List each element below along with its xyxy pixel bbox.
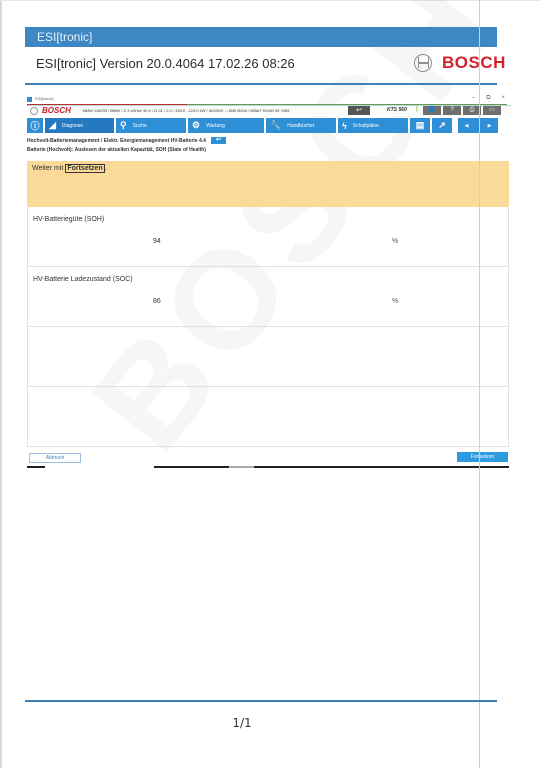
result-row-empty bbox=[28, 327, 508, 387]
page-subtitle: Batterie (Hochvolt): Auslesen der aktuel… bbox=[27, 147, 511, 157]
breadcrumb: Hochvolt-Batteriemanagement / Elektr. En… bbox=[27, 136, 511, 145]
instruction-suffix: . bbox=[105, 165, 107, 172]
horizontal-scrollbar[interactable] bbox=[154, 466, 509, 468]
document-title-bar: ESI[tronic] bbox=[25, 27, 497, 47]
document-title: ESI[tronic] bbox=[37, 30, 92, 44]
result-label: HV-Batteriegüte (SOH) bbox=[33, 216, 104, 223]
minimize-button[interactable]: – bbox=[472, 95, 475, 102]
page-number: 1/1 bbox=[0, 716, 484, 730]
nav-suche[interactable]: ⚲Suche bbox=[116, 118, 186, 133]
breadcrumb-back-button[interactable]: ↩ bbox=[211, 137, 226, 144]
gears-icon: ⚙ bbox=[192, 120, 200, 131]
bosch-logo: BOSCH bbox=[414, 53, 506, 73]
notes-button[interactable]: ▤ bbox=[410, 118, 430, 133]
bosch-armature-icon bbox=[414, 54, 432, 72]
window-title: ESI[tronic] bbox=[35, 96, 53, 101]
return-button[interactable]: ↩ bbox=[348, 106, 370, 115]
nav-info[interactable]: ⓘ bbox=[27, 118, 43, 133]
result-value: 86 bbox=[153, 298, 161, 305]
nav-handbuecher[interactable]: 🔧Handbücher bbox=[266, 118, 336, 133]
instruction-prefix: Weiter mit bbox=[32, 165, 65, 172]
scan-artifact-line bbox=[479, 0, 480, 768]
return-arrow-icon: ↩ bbox=[356, 107, 362, 114]
bluetooth-icon: ᛒ bbox=[415, 106, 419, 113]
user-icon: 👤 bbox=[428, 107, 435, 113]
footer-divider bbox=[25, 700, 497, 702]
result-row: HV-Batterie Ladezustand (SOC) 86 % bbox=[28, 267, 508, 327]
diagnose-icon: ◢ bbox=[49, 120, 56, 131]
lightning-icon: ϟ bbox=[342, 121, 347, 131]
nav-label: Wartung bbox=[206, 123, 225, 129]
wrench-icon: 🔧 bbox=[270, 120, 281, 131]
printer-icon: ⎙ bbox=[470, 107, 475, 113]
help-button[interactable]: ? bbox=[443, 106, 461, 115]
external-link-icon: ↗ bbox=[438, 120, 446, 131]
instruction-button-ref: Fortsetzen bbox=[65, 164, 104, 173]
toolbar-icons: 👤 ? ⎙ ▭ bbox=[423, 106, 501, 115]
vehicle-bar: BOSCH BMW 116535 / BMW / X 3 xDrive 30 e… bbox=[27, 105, 511, 116]
result-row-empty bbox=[28, 387, 508, 447]
nav-schaltplaene[interactable]: ϟSchaltpläne bbox=[338, 118, 408, 133]
return-arrow-icon: ↩ bbox=[216, 137, 221, 143]
help-icon: ? bbox=[450, 107, 453, 113]
nav-diagnose[interactable]: ◢Diagnose bbox=[45, 118, 114, 133]
page-edge-top bbox=[0, 0, 541, 1]
nav-label: Handbücher bbox=[287, 123, 314, 129]
app-icon bbox=[27, 97, 32, 102]
notebook-icon: ▤ bbox=[416, 120, 425, 131]
nav-wartung[interactable]: ⚙Wartung bbox=[188, 118, 264, 133]
result-unit: % bbox=[392, 238, 398, 245]
vehicle-info: BMW 116535 / BMW / X 3 xDrive 30 e / G 0… bbox=[83, 108, 341, 113]
result-unit: % bbox=[392, 298, 398, 305]
page-edge bbox=[0, 0, 2, 768]
breadcrumb-text: Hochvolt-Batteriemanagement / Elektr. En… bbox=[27, 138, 206, 144]
menu-button[interactable]: ▭ bbox=[483, 106, 501, 115]
close-button[interactable]: × bbox=[501, 95, 505, 102]
result-label: HV-Batterie Ladezustand (SOC) bbox=[33, 276, 133, 283]
external-link-button[interactable]: ↗ bbox=[432, 118, 452, 133]
restore-button[interactable]: ⧉ bbox=[486, 95, 490, 102]
main-navigation: ⓘ ◢Diagnose ⚲Suche ⚙Wartung 🔧Handbücher … bbox=[27, 118, 511, 133]
arrow-left-icon[interactable]: ◀ bbox=[465, 123, 469, 129]
result-value: 94 bbox=[153, 238, 161, 245]
result-row: HV-Batteriegüte (SOH) 94 % bbox=[28, 207, 508, 267]
nav-label: Schaltpläne bbox=[353, 123, 379, 129]
app-screenshot: ESI[tronic] – ⧉ × BOSCH BMW 116535 / BMW… bbox=[27, 96, 511, 467]
user-button[interactable]: 👤 bbox=[423, 106, 441, 115]
cancel-button[interactable]: Abbruch bbox=[29, 453, 81, 463]
menu-icon: ▭ bbox=[489, 107, 495, 113]
search-icon: ⚲ bbox=[120, 120, 127, 131]
results-list: HV-Batteriegüte (SOH) 94 % HV-Batterie L… bbox=[27, 207, 509, 447]
instruction-text: Weiter mit Fortsetzen. bbox=[32, 165, 107, 172]
window-controls: – ⧉ × bbox=[472, 95, 505, 102]
info-icon: ⓘ bbox=[30, 119, 39, 132]
header-divider bbox=[25, 83, 497, 85]
arrow-right-icon[interactable]: ▶ bbox=[488, 123, 492, 129]
continue-button[interactable]: Fortsetzen bbox=[457, 452, 508, 462]
bosch-wordmark: BOSCH bbox=[442, 53, 506, 73]
nav-label: Diagnose bbox=[62, 123, 83, 129]
device-name: KTS 560 bbox=[387, 107, 407, 113]
nav-label: Suche bbox=[133, 123, 147, 129]
scrollbar-thumb[interactable] bbox=[229, 466, 254, 468]
action-bar: Abbruch Fortsetzen bbox=[27, 447, 511, 467]
bosch-armature-icon bbox=[30, 107, 38, 115]
instruction-box: Weiter mit Fortsetzen. bbox=[27, 161, 509, 207]
app-brand: BOSCH bbox=[42, 106, 71, 115]
taskbar-fragment bbox=[27, 466, 45, 468]
page-arrows: ◀ ▶ bbox=[458, 118, 498, 133]
version-line: ESI[tronic] Version 20.0.4064 17.02.26 0… bbox=[36, 56, 295, 71]
